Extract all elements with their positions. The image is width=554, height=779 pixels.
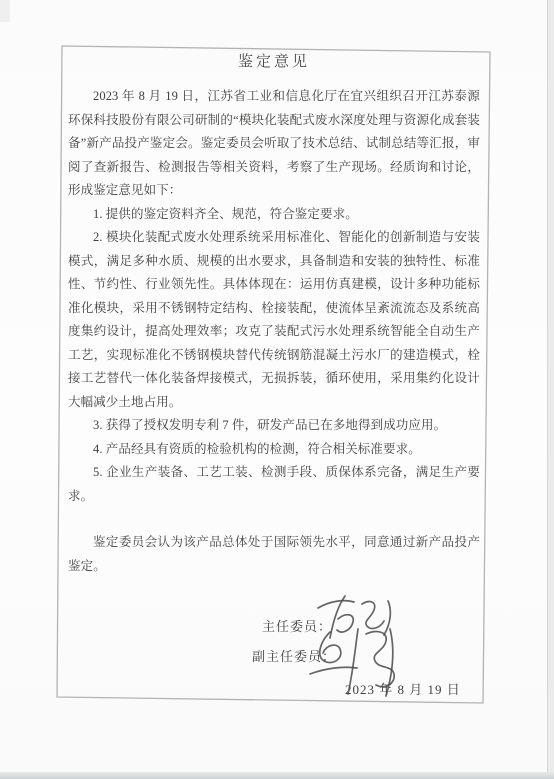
paragraph-intro: 2023 年 8 月 19 日，江苏省工业和信息化厅在宜兴组织召开江苏泰源环保科…: [68, 85, 480, 203]
document-photo: 鉴定意见 2023 年 8 月 19 日，江苏省工业和信息化厅在宜兴组织召开江苏…: [0, 0, 554, 779]
paragraph-item-5: 5. 企业生产装备、工艺工装、检测手段、质保体系完备，满足生产要求。: [68, 461, 480, 508]
document-title: 鉴定意见: [68, 50, 480, 71]
paragraph-item-3: 3. 获得了授权发明专利 7 件，研发产品已在多地得到成功应用。: [68, 414, 480, 438]
paragraph-item-4: 4. 产品经具有资质的检验机构的检测，符合相关标准要求。: [68, 438, 480, 462]
paragraph-item-2: 2. 模块化装配式废水处理系统采用标准化、智能化的创新制造与安装模式，满足多种水…: [68, 226, 480, 414]
document-body: 鉴定意见 2023 年 8 月 19 日，江苏省工业和信息化厅在宜兴组织召开江苏…: [68, 50, 480, 578]
paragraph-conclusion: 鉴定委员会认为该产品总体处于国际领先水平，同意通过新产品投产鉴定。: [68, 531, 480, 578]
paragraph-item-1: 1. 提供的鉴定资料齐全、规范，符合鉴定要求。: [68, 203, 480, 227]
signature-deputy: [300, 624, 418, 702]
